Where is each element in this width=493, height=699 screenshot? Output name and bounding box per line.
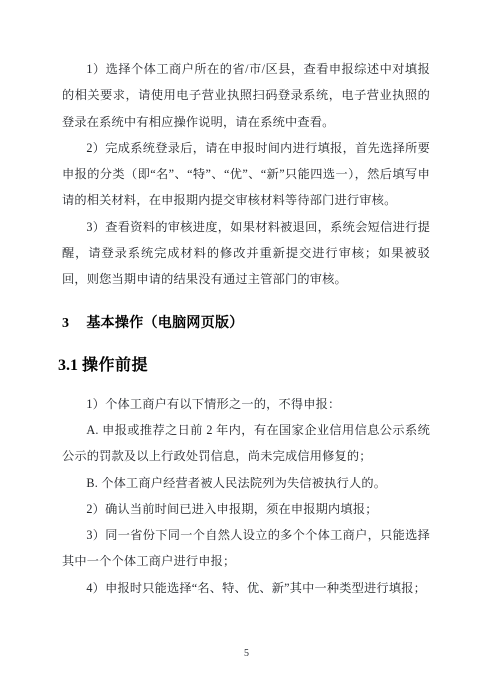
paragraph-review-progress: 3）查看资料的审核进度，如果材料被退回，系统会短信进行提醒，请登录系统完成材料的…: [62, 214, 430, 293]
section-heading-basic-operations: 3基本操作（电脑网页版）: [62, 309, 430, 337]
page-content: 1）选择个体工商户所在的省/市/区县，查看申报综述中对填报的相关要求，请使用电子…: [62, 56, 430, 601]
paragraph-ineligibility-intro: 1）个体工商户有以下情形之一的，不得申报：: [62, 391, 430, 417]
paragraph-single-household-rule: 3）同一省份下同一个自然人设立的多个个体工商户，只能选择其中一个个体工商户进行申…: [62, 522, 430, 575]
paragraph-login-instructions: 1）选择个体工商户所在的省/市/区县，查看申报综述中对填报的相关要求，请使用电子…: [62, 56, 430, 135]
paragraph-filling-instructions: 2）完成系统登录后，请在申报时间内进行填报，首先选择所要申报的分类（即“名”、“…: [62, 135, 430, 214]
section-heading-title: 基本操作（电脑网页版）: [86, 314, 243, 330]
paragraph-single-type-rule: 4）申报时只能选择“名、特、优、新”其中一种类型进行填报；: [62, 575, 430, 601]
paragraph-condition-b: B. 个体工商户经营者被人民法院列为失信被执行人的。: [62, 470, 430, 496]
paragraph-condition-a: A. 申报或推荐之日前 2 年内，有在国家企业信用信息公示系统公示的罚款及以上行…: [62, 417, 430, 470]
subsection-heading-number: 3.1: [58, 357, 78, 374]
paragraph-declaration-period: 2）确认当前时间已进入申报期，须在申报期内填报；: [62, 496, 430, 522]
page-number: 5: [0, 648, 493, 659]
section-heading-number: 3: [62, 316, 69, 331]
subsection-heading-prerequisites: 3.1操作前提: [58, 353, 430, 379]
document-page: 1）选择个体工商户所在的省/市/区县，查看申报综述中对填报的相关要求，请使用电子…: [0, 0, 493, 699]
subsection-heading-title: 操作前提: [82, 357, 148, 374]
